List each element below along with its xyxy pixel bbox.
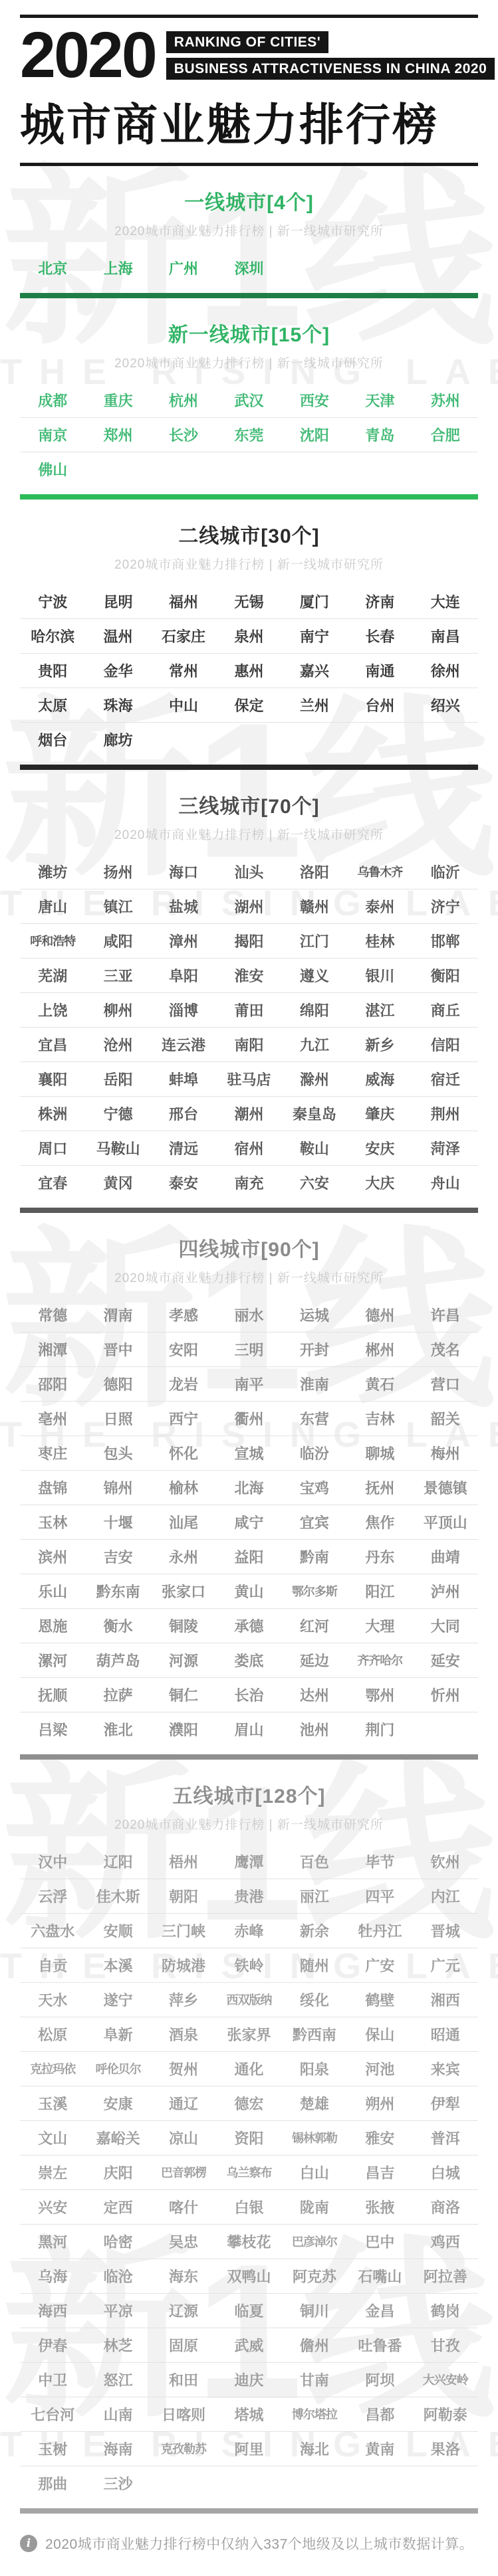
- city-name: 云浮: [20, 1886, 85, 1906]
- city-name: 防城港: [151, 1955, 216, 1976]
- city-name: 绵阳: [282, 1000, 347, 1020]
- city-name: 徐州: [413, 660, 478, 681]
- city-name: 铁岭: [216, 1955, 281, 1976]
- city-name: 乌兰察布: [216, 2163, 281, 2181]
- city-name: 平凉: [85, 2300, 150, 2321]
- city-name: 泰安: [151, 1172, 216, 1193]
- city-name: 台州: [347, 695, 412, 715]
- city-name: 赤峰: [216, 1920, 281, 1941]
- city-row: 海西平凉辽源临夏铜川金昌鹤岗: [20, 2294, 478, 2328]
- city-name: 开封: [282, 1339, 347, 1360]
- city-row: 佛山: [20, 452, 478, 486]
- city-name: 商洛: [413, 2197, 478, 2217]
- city-name: 牡丹江: [347, 1920, 412, 1941]
- city-name: 宣城: [216, 1443, 281, 1463]
- city-name: 邵阳: [20, 1374, 85, 1394]
- city-name: 桂林: [347, 931, 412, 951]
- city-name: 娄底: [216, 1650, 281, 1671]
- city-name: 天水: [20, 1989, 85, 2010]
- city-name: 济南: [347, 591, 412, 612]
- city-name: 九江: [282, 1034, 347, 1055]
- city-name: 荆门: [347, 1719, 412, 1740]
- city-name: 鄂州: [347, 1685, 412, 1705]
- city-name: 阿克苏: [282, 2266, 347, 2286]
- city-name: 南平: [216, 1374, 281, 1394]
- city-name: 大同: [413, 1615, 478, 1636]
- city-name: 芜湖: [20, 965, 85, 986]
- city-row: 宜昌沧州连云港南阳九江新乡信阳: [20, 1028, 478, 1062]
- city-name: 梅州: [413, 1443, 478, 1463]
- footer-note-text: 2020城市商业魅力排行榜中仅纳入337个地级及以上城市数据计算。: [45, 2533, 473, 2553]
- tier-source-line: 2020城市商业魅力排行榜 | 新一线城市研究所: [20, 1268, 478, 1286]
- city-name: 衡阳: [413, 965, 478, 986]
- city-name: 松原: [20, 2024, 85, 2045]
- city-name: 昌都: [347, 2404, 412, 2425]
- city-name: 合肥: [413, 424, 478, 445]
- city-row: 芜湖三亚阜阳淮安遵义银川衡阳: [20, 959, 478, 993]
- city-name: 兴安: [20, 2197, 85, 2217]
- city-row: 呼和浩特咸阳漳州揭阳江门桂林邯郸: [20, 924, 478, 959]
- city-name: 佛山: [20, 459, 85, 480]
- city-name: 青岛: [347, 424, 412, 445]
- city-name: 茂名: [413, 1339, 478, 1360]
- city-name: 绍兴: [413, 695, 478, 715]
- tier-source-line: 2020城市商业魅力排行榜 | 新一线城市研究所: [20, 555, 478, 573]
- city-name: 赣州: [282, 896, 347, 917]
- page-title: 城市商业魅力排行榜: [20, 90, 478, 153]
- city-name: 海口: [151, 862, 216, 882]
- city-name: 宜昌: [20, 1034, 85, 1055]
- city-name: 资阳: [216, 2128, 281, 2148]
- city-row: 南京郑州长沙东莞沈阳青岛合肥: [20, 418, 478, 452]
- city-row: 兴安定西喀什白银陇南张掖商洛: [20, 2190, 478, 2225]
- city-row: 滨州吉安永州益阳黔南丹东曲靖: [20, 1540, 478, 1574]
- city-name: 莆田: [216, 1000, 281, 1020]
- city-name: 临沧: [85, 2266, 150, 2286]
- city-name: 杭州: [151, 390, 216, 411]
- city-name: 东莞: [216, 424, 281, 445]
- city-name: 白银: [216, 2197, 281, 2217]
- tier-divider: [20, 1208, 478, 1213]
- city-name: 吉林: [347, 1408, 412, 1429]
- city-row: 恩施衡水铜陵承德红河大理大同: [20, 1609, 478, 1643]
- year-label: 2020: [20, 29, 156, 82]
- city-name: 丽水: [216, 1305, 281, 1325]
- footer-divider: [20, 2508, 478, 2514]
- city-name: 无锡: [216, 591, 281, 612]
- city-row: 唐山镇江盐城湖州赣州泰州济宁: [20, 889, 478, 924]
- city-name: 阳泉: [282, 2059, 347, 2079]
- city-name: 阳江: [347, 1581, 412, 1602]
- ribbon-ranking-of-cities: RANKING OF CITIES': [166, 31, 329, 53]
- city-name: 襄阳: [20, 1069, 85, 1089]
- city-name: 定西: [85, 2197, 150, 2217]
- city-name: 海西: [20, 2300, 85, 2321]
- city-name: 福州: [151, 591, 216, 612]
- city-name: 乐山: [20, 1581, 85, 1602]
- city-name: 宝鸡: [282, 1477, 347, 1498]
- city-row: 宜春黄冈泰安南充六安大庆舟山: [20, 1166, 478, 1200]
- city-name: 天津: [347, 390, 412, 411]
- city-row: 邵阳德阳龙岩南平淮南黄石营口: [20, 1367, 478, 1402]
- city-name: 大庆: [347, 1172, 412, 1193]
- city-name: 温州: [85, 626, 150, 646]
- city-name: 北京: [20, 258, 85, 278]
- city-name: 拉萨: [85, 1685, 150, 1705]
- city-name: 丽江: [282, 1886, 347, 1906]
- header-logo-row: 2020 RANKING OF CITIES' BUSINESS ATTRACT…: [20, 29, 478, 82]
- city-name: 蚌埠: [151, 1069, 216, 1089]
- city-name: 乌海: [20, 2266, 85, 2286]
- city-row: 烟台廊坊: [20, 723, 478, 757]
- city-name: 遵义: [282, 965, 347, 986]
- city-name: 湘潭: [20, 1339, 85, 1360]
- city-name: 兰州: [282, 695, 347, 715]
- city-name: 广元: [413, 1955, 478, 1976]
- city-name: 济宁: [413, 896, 478, 917]
- city-name: 郑州: [85, 424, 150, 445]
- city-name: 攀枝花: [216, 2231, 281, 2252]
- city-name: 宜宾: [282, 1512, 347, 1532]
- city-name: 石嘴山: [347, 2266, 412, 2286]
- city-name: 曲靖: [413, 1546, 478, 1567]
- city-name: 中卫: [20, 2369, 85, 2390]
- city-name: 吐鲁番: [347, 2335, 412, 2355]
- city-row: 玉树海南克孜勒苏阿里海北黄南果洛: [20, 2432, 478, 2466]
- city-name: 宿迁: [413, 1069, 478, 1089]
- city-name: 日照: [85, 1408, 150, 1429]
- poster: 新1线THE RISING LAB新1线THE RISING LAB新1线THE…: [0, 0, 498, 2576]
- city-name: 滁州: [282, 1069, 347, 1089]
- city-name: 益阳: [216, 1546, 281, 1567]
- city-name: 景德镇: [413, 1477, 478, 1498]
- city-name: 漯河: [20, 1650, 85, 1671]
- city-name: 和田: [151, 2369, 216, 2390]
- city-grid: 北京上海广州深圳: [20, 251, 478, 293]
- city-name: 铜仁: [151, 1685, 216, 1705]
- city-name: 朔州: [347, 2093, 412, 2114]
- city-name: 佳木斯: [85, 1886, 150, 1906]
- city-name: 北海: [216, 1477, 281, 1498]
- city-name: 安庆: [347, 1138, 412, 1158]
- city-row: 北京上海广州深圳: [20, 251, 478, 285]
- city-name: 泰州: [347, 896, 412, 917]
- city-name: 唐山: [20, 896, 85, 917]
- city-name: 南京: [20, 424, 85, 445]
- city-name: 黑河: [20, 2231, 85, 2252]
- city-name: 毕节: [347, 1851, 412, 1872]
- city-name: 柳州: [85, 1000, 150, 1020]
- tier-section-tier-1: 一线城市[4个]2020城市商业魅力排行榜 | 新一线城市研究所北京上海广州深圳: [20, 186, 478, 293]
- city-name: 酒泉: [151, 2024, 216, 2045]
- city-row: 克拉玛依呼伦贝尔贺州通化阳泉河池来宾: [20, 2052, 478, 2086]
- city-name: 吴忠: [151, 2231, 216, 2252]
- city-name: 昆明: [85, 591, 150, 612]
- city-name: 玉树: [20, 2438, 85, 2459]
- city-name: 清远: [151, 1138, 216, 1158]
- city-name: 金华: [85, 660, 150, 681]
- city-name: 株洲: [20, 1103, 85, 1124]
- city-name: 贵阳: [20, 660, 85, 681]
- city-name: 普洱: [413, 2128, 478, 2148]
- city-name: 汉中: [20, 1851, 85, 1872]
- city-name: 昌吉: [347, 2162, 412, 2183]
- city-name: 枣庄: [20, 1443, 85, 1463]
- city-name: 湖州: [216, 896, 281, 917]
- city-name: 运城: [282, 1305, 347, 1325]
- city-name: 永州: [151, 1546, 216, 1567]
- city-name: 汕尾: [151, 1512, 216, 1532]
- city-row: 上饶柳州淄博莆田绵阳湛江商丘: [20, 993, 478, 1028]
- tier-section-tier-3: 三线城市[70个]2020城市商业魅力排行榜 | 新一线城市研究所潍坊扬州海口汕…: [20, 765, 478, 1208]
- city-name: 延边: [282, 1650, 347, 1671]
- city-name: 黄山: [216, 1581, 281, 1602]
- city-name: 哈密: [85, 2231, 150, 2252]
- city-name: 那曲: [20, 2473, 85, 2494]
- city-name: 南宁: [282, 626, 347, 646]
- city-name: 朝阳: [151, 1886, 216, 1906]
- tier-title: 三线城市[70个]: [20, 790, 478, 819]
- tier-section-tier-2: 二线城市[30个]2020城市商业魅力排行榜 | 新一线城市研究所宁波昆明福州无…: [20, 494, 478, 765]
- city-name: 齐齐哈尔: [347, 1651, 412, 1669]
- city-row: 常德渭南孝感丽水运城德州许昌: [20, 1298, 478, 1333]
- city-name: 咸宁: [216, 1512, 281, 1532]
- city-name: 七台河: [20, 2404, 85, 2425]
- city-name: 周口: [20, 1138, 85, 1158]
- city-name: 保山: [347, 2024, 412, 2045]
- city-row: 汉中辽阳梧州鹰潭百色毕节钦州: [20, 1845, 478, 1879]
- city-name: 惠州: [216, 660, 281, 681]
- city-row: 太原珠海中山保定兰州台州绍兴: [20, 688, 478, 723]
- city-name: 海南: [85, 2438, 150, 2459]
- city-name: 沈阳: [282, 424, 347, 445]
- city-name: 广安: [347, 1955, 412, 1976]
- city-name: 鹤壁: [347, 1989, 412, 2010]
- city-row: 伊春林芝固原武威儋州吐鲁番甘孜: [20, 2328, 478, 2363]
- city-name: 晋城: [413, 1920, 478, 1941]
- city-row: 周口马鞍山清远宿州鞍山安庆菏泽: [20, 1131, 478, 1166]
- city-name: 固原: [151, 2335, 216, 2355]
- city-name: 常州: [151, 660, 216, 681]
- city-name: 西安: [282, 390, 347, 411]
- city-name: 上饶: [20, 1000, 85, 1020]
- city-row: 亳州日照西宁衢州东营吉林韶关: [20, 1402, 478, 1436]
- city-name: 伊犁: [413, 2093, 478, 2114]
- city-name: 南充: [216, 1172, 281, 1193]
- city-name: 东营: [282, 1408, 347, 1429]
- city-row: 贵阳金华常州惠州嘉兴南通徐州: [20, 654, 478, 688]
- tier-section-tier-4: 四线城市[90个]2020城市商业魅力排行榜 | 新一线城市研究所常德渭南孝感丽…: [20, 1208, 478, 1754]
- city-name: 衢州: [216, 1408, 281, 1429]
- city-name: 林芝: [85, 2335, 150, 2355]
- city-name: 淮北: [85, 1719, 150, 1740]
- city-name: 连云港: [151, 1034, 216, 1055]
- city-name: 喀什: [151, 2197, 216, 2217]
- city-name: 大连: [413, 591, 478, 612]
- city-name: 秦皇岛: [282, 1103, 347, 1124]
- city-name: 黔南: [282, 1546, 347, 1567]
- city-name: 漳州: [151, 931, 216, 951]
- city-name: 武汉: [216, 390, 281, 411]
- city-name: 陇南: [282, 2197, 347, 2217]
- city-name: 贵港: [216, 1886, 281, 1906]
- city-name: 菏泽: [413, 1138, 478, 1158]
- ribbon-business-attractiveness: BUSINESS ATTRACTIVENESS IN CHINA 2020: [166, 58, 495, 80]
- city-name: 大兴安岭: [413, 2371, 478, 2388]
- city-name: 达州: [282, 1685, 347, 1705]
- city-name: 海北: [282, 2438, 347, 2459]
- city-row: 枣庄包头怀化宣城临汾聊城梅州: [20, 1436, 478, 1471]
- city-row: 崇左庆阳巴音郭楞乌兰察布白山昌吉白城: [20, 2156, 478, 2190]
- tier-source-line: 2020城市商业魅力排行榜 | 新一线城市研究所: [20, 221, 478, 239]
- city-name: 营口: [413, 1374, 478, 1394]
- city-name: 鹰潭: [216, 1851, 281, 1872]
- city-name: 梧州: [151, 1851, 216, 1872]
- city-name: 咸阳: [85, 931, 150, 951]
- city-name: 榆林: [151, 1477, 216, 1498]
- city-name: 怀化: [151, 1443, 216, 1463]
- city-name: 长治: [216, 1685, 281, 1705]
- city-name: 双鸭山: [216, 2266, 281, 2286]
- tier-section-tier-5: 五线城市[128个]2020城市商业魅力排行榜 | 新一线城市研究所汉中辽阳梧州…: [20, 1754, 478, 2508]
- city-name: 安顺: [85, 1920, 150, 1941]
- city-name: 铜川: [282, 2300, 347, 2321]
- city-name: 宁德: [85, 1103, 150, 1124]
- city-name: 马鞍山: [85, 1138, 150, 1158]
- city-name: 六安: [282, 1172, 347, 1193]
- tier-section-tier-new-1: 新一线城市[15个]2020城市商业魅力排行榜 | 新一线城市研究所成都重庆杭州…: [20, 293, 478, 494]
- city-name: 三沙: [85, 2473, 150, 2494]
- city-name: 鄂尔多斯: [282, 1582, 347, 1600]
- city-name: 沧州: [85, 1034, 150, 1055]
- city-name: 鹤岗: [413, 2300, 478, 2321]
- city-grid: 宁波昆明福州无锡厦门济南大连哈尔滨温州石家庄泉州南宁长春南昌贵阳金华常州惠州嘉兴…: [20, 585, 478, 765]
- city-name: 临沂: [413, 862, 478, 882]
- city-row: 中卫怒江和田迪庆甘南阿坝大兴安岭: [20, 2363, 478, 2397]
- city-name: 锦州: [85, 1477, 150, 1498]
- city-name: 崇左: [20, 2162, 85, 2183]
- city-name: 葫芦岛: [85, 1650, 150, 1671]
- city-name: 儋州: [282, 2335, 347, 2355]
- city-name: 甘孜: [413, 2335, 478, 2355]
- city-name: 忻州: [413, 1685, 478, 1705]
- city-name: 衡水: [85, 1615, 150, 1636]
- city-name: 内江: [413, 1886, 478, 1906]
- city-name: 阜阳: [151, 965, 216, 986]
- city-name: 阿里: [216, 2438, 281, 2459]
- city-name: 鞍山: [282, 1138, 347, 1158]
- city-name: 廊坊: [85, 729, 150, 750]
- city-name: 滨州: [20, 1546, 85, 1567]
- city-row: 黑河哈密吴忠攀枝花巴彦淖尔巴中鸡西: [20, 2225, 478, 2259]
- city-name: 烟台: [20, 729, 85, 750]
- city-row: 漯河葫芦岛河源娄底延边齐齐哈尔延安: [20, 1643, 478, 1678]
- city-name: 潮州: [216, 1103, 281, 1124]
- city-name: 南阳: [216, 1034, 281, 1055]
- city-name: 凉山: [151, 2128, 216, 2148]
- city-row: 乐山黔东南张家口黄山鄂尔多斯阳江泸州: [20, 1574, 478, 1609]
- city-name: 平顶山: [413, 1512, 478, 1532]
- city-name: 黄南: [347, 2438, 412, 2459]
- city-name: 遂宁: [85, 1989, 150, 2010]
- city-name: 铜陵: [151, 1615, 216, 1636]
- city-name: 巴中: [347, 2231, 412, 2252]
- city-name: 韶关: [413, 1408, 478, 1429]
- city-name: 荆州: [413, 1103, 478, 1124]
- city-name: 湘西: [413, 1989, 478, 2010]
- city-name: 乌鲁木齐: [347, 863, 412, 880]
- city-name: 厦门: [282, 591, 347, 612]
- city-name: 三门峡: [151, 1920, 216, 1941]
- city-name: 巴彦淖尔: [282, 2233, 347, 2250]
- city-name: 湛江: [347, 1000, 412, 1020]
- city-row: 云浮佳木斯朝阳贵港丽江四平内江: [20, 1879, 478, 1914]
- city-name: 岳阳: [85, 1069, 150, 1089]
- city-name: 塔城: [216, 2404, 281, 2425]
- city-name: 商丘: [413, 1000, 478, 1020]
- city-name: 渭南: [85, 1305, 150, 1325]
- city-name: 安康: [85, 2093, 150, 2114]
- city-name: 阿拉善: [413, 2266, 478, 2286]
- city-name: 楚雄: [282, 2093, 347, 2114]
- city-name: 来宾: [413, 2059, 478, 2079]
- city-name: 十堰: [85, 1512, 150, 1532]
- city-name: 威海: [347, 1069, 412, 1089]
- city-name: 驻马店: [216, 1069, 281, 1089]
- city-name: 呼伦贝尔: [85, 2060, 150, 2077]
- city-name: 阿坝: [347, 2369, 412, 2390]
- city-name: 白山: [282, 2162, 347, 2183]
- city-name: 中山: [151, 695, 216, 715]
- city-name: 黔东南: [85, 1581, 150, 1602]
- city-name: 嘉兴: [282, 660, 347, 681]
- city-name: 庆阳: [85, 2162, 150, 2183]
- city-row: 玉林十堰汕尾咸宁宜宾焦作平顶山: [20, 1505, 478, 1540]
- city-name: 抚州: [347, 1477, 412, 1498]
- city-name: 淮南: [282, 1374, 347, 1394]
- city-name: 果洛: [413, 2438, 478, 2459]
- city-name: 肇庆: [347, 1103, 412, 1124]
- city-grid: 常德渭南孝感丽水运城德州许昌湘潭晋中安阳三明开封郴州茂名邵阳德阳龙岩南平淮南黄石…: [20, 1298, 478, 1754]
- city-name: 宁波: [20, 591, 85, 612]
- city-row: 湘潭晋中安阳三明开封郴州茂名: [20, 1333, 478, 1367]
- city-name: 舟山: [413, 1172, 478, 1193]
- city-name: 雅安: [347, 2128, 412, 2148]
- city-name: 常德: [20, 1305, 85, 1325]
- city-name: 百色: [282, 1851, 347, 1872]
- city-name: 抚顺: [20, 1685, 85, 1705]
- city-name: 呼和浩特: [20, 932, 85, 949]
- city-row: 那曲三沙: [20, 2466, 478, 2500]
- city-name: 邢台: [151, 1103, 216, 1124]
- city-name: 晋中: [85, 1339, 150, 1360]
- city-name: 扬州: [85, 862, 150, 882]
- city-name: 淮安: [216, 965, 281, 986]
- city-name: 镇江: [85, 896, 150, 917]
- city-name: 阿勒泰: [413, 2404, 478, 2425]
- city-name: 钦州: [413, 1851, 478, 1872]
- city-name: 大理: [347, 1615, 412, 1636]
- city-row: 天水遂宁萍乡西双版纳绥化鹤壁湘西: [20, 1983, 478, 2017]
- city-name: 绥化: [282, 1989, 347, 2010]
- city-name: 重庆: [85, 390, 150, 411]
- tier-title: 新一线城市[15个]: [20, 318, 478, 347]
- city-name: 张家界: [216, 2024, 281, 2045]
- city-name: 伊春: [20, 2335, 85, 2355]
- city-name: 辽源: [151, 2300, 216, 2321]
- city-name: 新余: [282, 1920, 347, 1941]
- tier-title: 四线城市[90个]: [20, 1233, 478, 1262]
